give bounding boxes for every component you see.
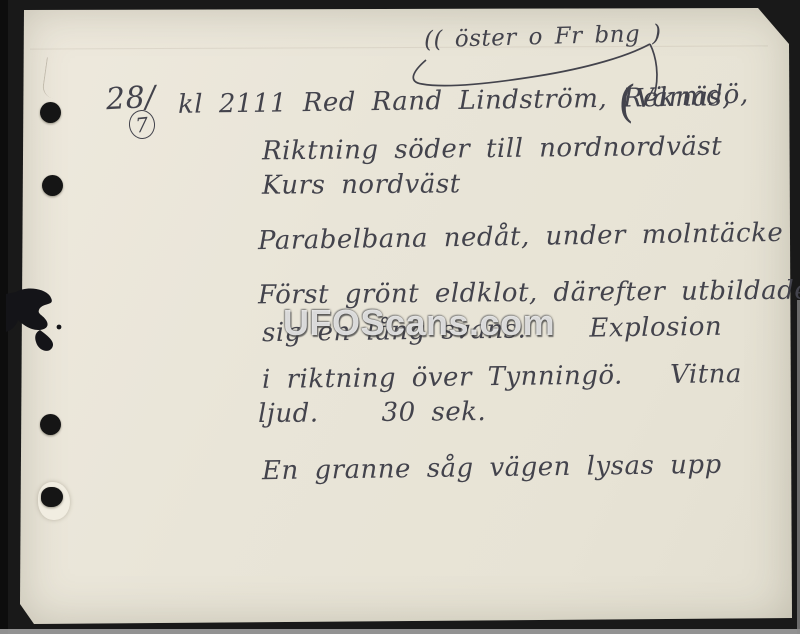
punch-hole [40, 414, 61, 435]
note-line: i riktning över Tynningö. Vitna [262, 361, 742, 393]
punch-hole [40, 102, 61, 123]
watermark: UFOScans.com [283, 302, 555, 344]
scanner-edge-bottom [0, 629, 800, 634]
place-name: (Värmdö, [617, 75, 750, 125]
date-text: 28/ [105, 83, 156, 116]
note-line: Riktning söder till nordnordväst [262, 134, 722, 165]
note-line: Parabelbana nedåt, under molntäcke [258, 220, 784, 254]
note-line: Kurs nordväst [262, 171, 461, 198]
punch-hole [42, 175, 63, 196]
scanned-document: (( öster o Fr bng ) 28/ 7 kl 2111 Red Ra… [0, 0, 800, 634]
open-paren-stroke: ( [617, 80, 637, 125]
note-line: ljud. 30 sek. [258, 399, 486, 427]
note-line: En granne såg vägen lysas upp [262, 452, 722, 484]
place-name-text: Värmdö, [635, 79, 749, 114]
scanner-edge-left [0, 0, 8, 634]
